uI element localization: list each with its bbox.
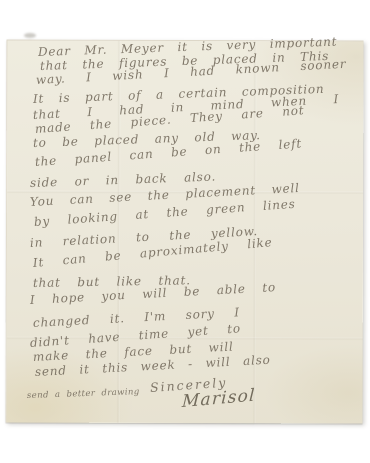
signature-marisol: Marisol <box>182 390 256 410</box>
pencil-smudge <box>24 33 36 38</box>
letter-photo: Dear Mr. Meyer it is very important that… <box>0 0 370 463</box>
